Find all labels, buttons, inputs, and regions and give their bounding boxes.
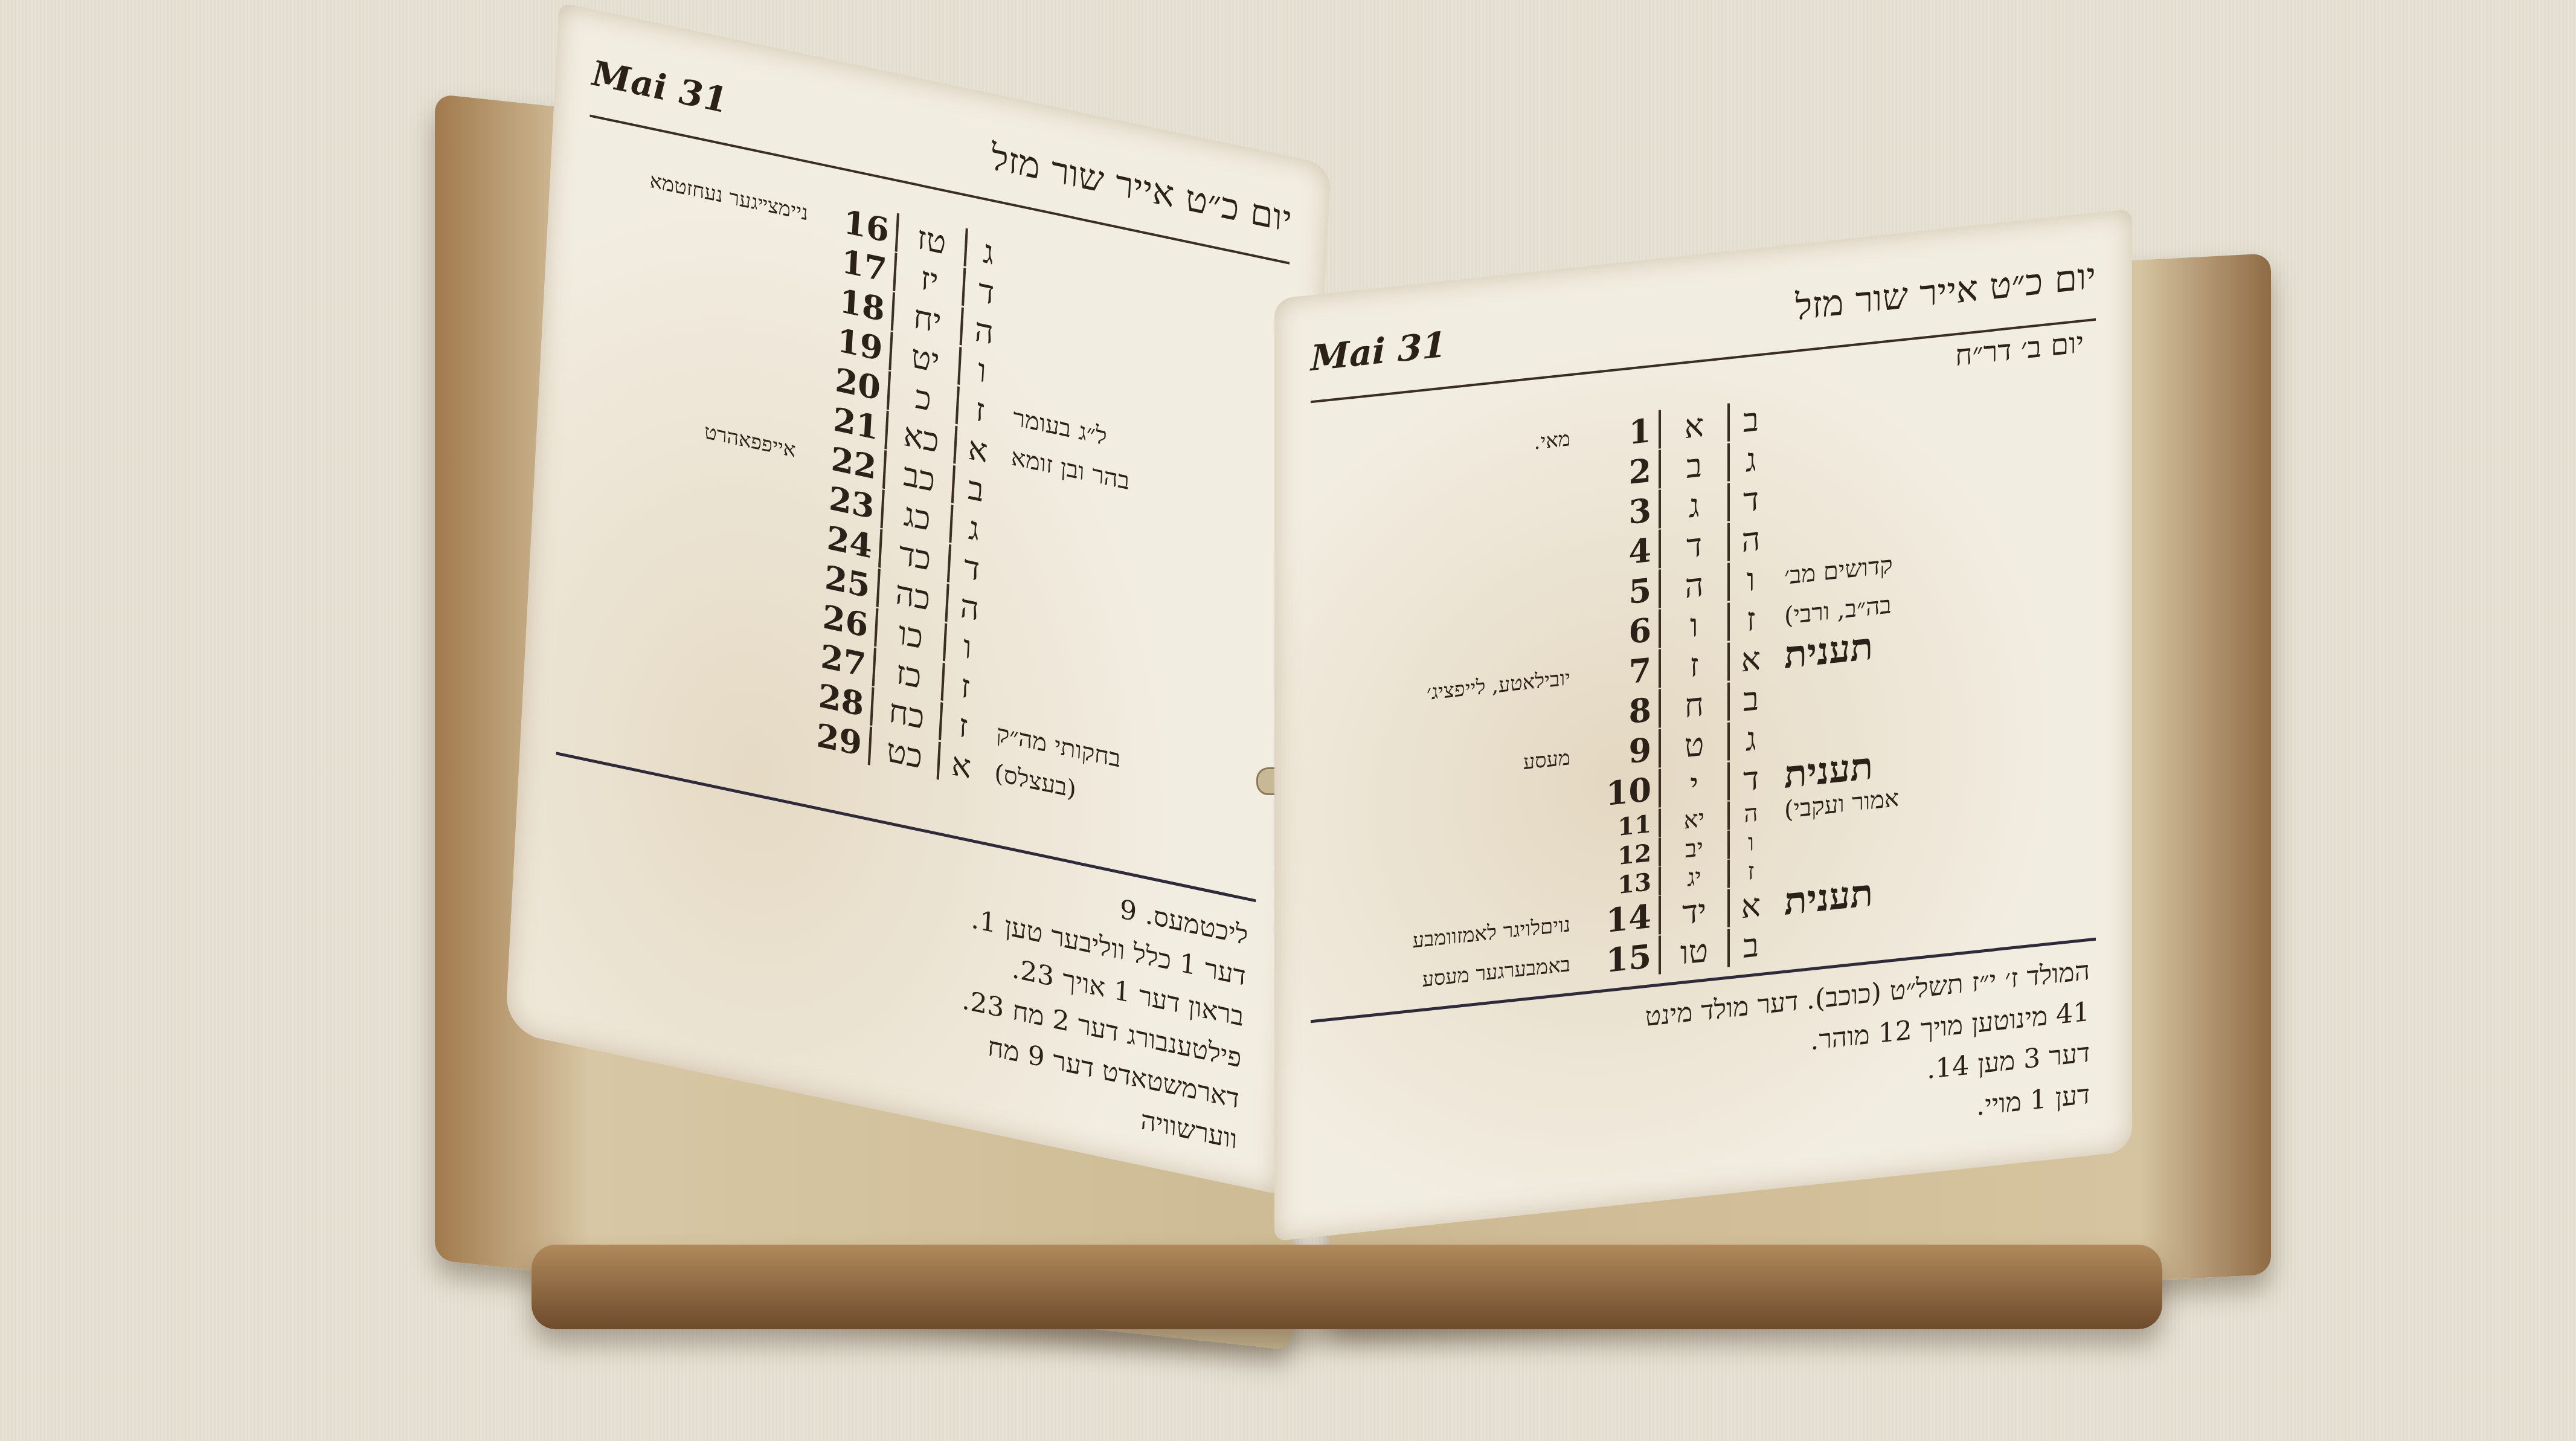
row-weekday-letter: ב: [1730, 924, 1772, 967]
row-weekday-letter: ה: [1730, 518, 1772, 561]
row-weekday-letter: ד: [1730, 758, 1772, 800]
right-header-hebrew: יום כ״ט אייר שור מזל: [1795, 255, 2096, 329]
left-calendar-table: ניימצײגער נעחזטמא16טזג17יזד18יחה19יטו20כ…: [559, 147, 1288, 848]
row-weekday-letter: ו: [1730, 826, 1772, 859]
row-hebrew-date: ג: [1661, 483, 1730, 528]
photo-scene: Mai 31 יום כ״ט אייר שור מזל ניימצײגער נע…: [0, 0, 2576, 1441]
row-weekday-letter: א: [1730, 638, 1772, 680]
right-header-month: Mai 31: [1311, 324, 1447, 379]
row-hebrew-date: ו: [1661, 602, 1730, 648]
row-date-number: 4: [1585, 529, 1661, 576]
row-weekday-letter: ב: [1730, 399, 1772, 441]
right-page: Mai 31 יום כ״ט אייר שור מזל יום ב׳ דר״ח …: [1274, 208, 2132, 1241]
row-weekday-letter: ד: [1730, 479, 1772, 521]
left-header-month: Mai 31: [591, 53, 729, 122]
row-hebrew-date: טו: [1661, 929, 1730, 974]
row-date-number: 8: [1585, 689, 1661, 735]
row-date-number: 15: [1585, 935, 1661, 982]
row-hebrew-date: ט: [1661, 722, 1730, 767]
row-hebrew-date: ז: [1661, 642, 1730, 688]
left-header-hebrew: יום כ״ט אייר שור מזל: [991, 136, 1293, 241]
row-date-number: 3: [1585, 489, 1661, 536]
row-date-number: 5: [1585, 569, 1661, 616]
row-weekday-letter: א: [1730, 885, 1772, 927]
row-weekday-letter: ו: [1730, 558, 1772, 601]
row-date-number: 6: [1585, 609, 1661, 656]
row-date-number: 7: [1585, 649, 1661, 695]
row-hebrew-date: ב: [1661, 443, 1730, 488]
row-hebrew-date: ח: [1661, 682, 1730, 727]
bottom-page-edges: [532, 1245, 2162, 1329]
row-weekday-letter: ז: [1730, 855, 1772, 888]
row-hebrew-date: ה: [1661, 563, 1730, 608]
left-page: Mai 31 יום כ״ט אייר שור מזל ניימצײגער נע…: [505, 2, 1331, 1194]
row-hebrew-date: י: [1661, 762, 1730, 807]
row-date-number: 2: [1585, 450, 1661, 496]
row-date-number: 9: [1585, 729, 1661, 775]
row-weekday-letter: א: [939, 742, 983, 788]
row-hebrew-date: ד: [1661, 523, 1730, 568]
row-weekday-letter: ג: [1730, 718, 1772, 760]
row-date-number: 14: [1585, 895, 1661, 942]
right-calendar-table: מאי.1אב2בג3גד4דה5הוקדושים מב׳6וזבה״ב, ור…: [1311, 364, 2096, 1012]
row-hebrew-date: א: [1661, 403, 1730, 448]
row-weekday-letter: ז: [1730, 598, 1772, 640]
row-weekday-letter: ב: [1730, 678, 1772, 720]
row-hebrew-date: יד: [1661, 889, 1730, 934]
row-weekday-letter: ג: [1730, 439, 1772, 481]
row-weekday-letter: ה: [1730, 797, 1772, 830]
row-date-number: 10: [1585, 769, 1661, 815]
row-date-number: 1: [1585, 410, 1661, 456]
